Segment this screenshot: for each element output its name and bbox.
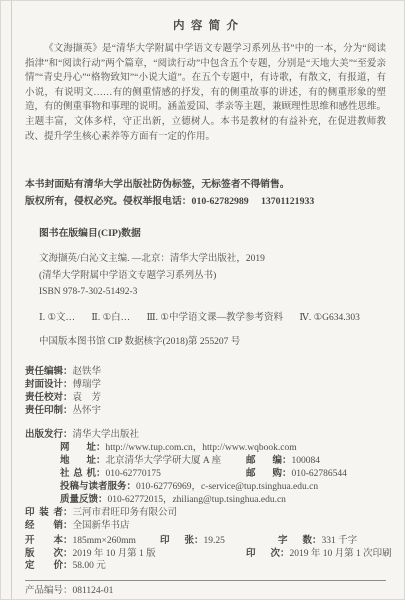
cip-class-3: Ⅲ. ①中学语文课—教学参考资料 xyxy=(147,313,283,323)
zipcode-group: 邮编：100084 xyxy=(246,455,320,468)
sheets-group: 印张：19.25 xyxy=(160,535,225,548)
colon: ： xyxy=(96,443,106,453)
cip-classification: Ⅰ. ①文… Ⅱ. ①白… Ⅲ. ①中学语文课—教学参考资料 Ⅳ. ①G634.… xyxy=(39,309,386,323)
colon: ： xyxy=(98,495,108,505)
staff-label: 责任编辑 xyxy=(25,366,63,379)
staff-value: 袁 芳 xyxy=(73,393,102,403)
staff-value: 傅瑞学 xyxy=(73,380,102,390)
staff-label: 责任印制 xyxy=(25,405,63,418)
reader-service-label: 投稿与读者服务 xyxy=(60,482,127,492)
cip-block: 图书在版编目(CIP)数据 文海撷英/白沁文主编. —北京：清华大学出版社，20… xyxy=(25,225,386,347)
publisher-label: 出版发行 xyxy=(25,429,63,442)
quality-feedback-value: 010-62772015，zhiliang@tup.tsinghua.edu.c… xyxy=(108,495,286,505)
cip-registry: 中国版本图书馆 CIP 数据核字(2018)第 255207 号 xyxy=(39,333,386,347)
colon: ： xyxy=(127,482,137,492)
wordcount-label: 字数 xyxy=(278,535,312,548)
printer-value: 三河市君旺印务有限公司 xyxy=(73,508,178,518)
format-value: 185mm×260mm xyxy=(73,536,136,546)
switchboard-value: 010-62770175 xyxy=(106,469,161,479)
cip-class-2: Ⅱ. ①白… xyxy=(91,313,130,323)
cip-heading: 图书在版编目(CIP)数据 xyxy=(39,225,386,239)
staff-value: 赵铁华 xyxy=(73,367,102,377)
impression-value: 2019 年 10 月第 1 次印刷 xyxy=(290,549,392,559)
sheets-value: 19.25 xyxy=(204,536,225,546)
staff-row-proofreader: 责任校对：袁 芳 xyxy=(25,392,386,405)
colon: ： xyxy=(63,521,73,531)
colon: ： xyxy=(63,367,73,377)
colon: ： xyxy=(96,469,106,479)
colon: ： xyxy=(63,380,73,390)
distributor-row: 经销：全国新华书店 xyxy=(25,520,386,533)
colon: ： xyxy=(63,586,73,596)
edition-row: 版次：2019 年 10 月第 1 版 印次：2019 年 10 月第 1 次印… xyxy=(25,548,386,561)
cip-book-line: 文海撷英/白沁文主编. —北京：清华大学出版社，2019 xyxy=(39,251,386,267)
colon: ： xyxy=(63,536,73,546)
website-row: 网址：http://www.tup.com.cn，http://www.wqbo… xyxy=(60,442,386,455)
staff-row-print-supervisor: 责任印制：丛怀宇 xyxy=(25,405,386,418)
staff-row-editor: 责任编辑：赵铁华 xyxy=(25,366,386,379)
zipcode-value: 100084 xyxy=(292,456,321,466)
colon: ： xyxy=(282,456,292,466)
edition-label: 版次 xyxy=(25,548,63,561)
intro-paragraph: 《文海撷英》是“清华大学附属中学语文专题学习系列丛书”中的一本，分为“阅读指津”… xyxy=(25,42,386,144)
distributor-value: 全国新华书店 xyxy=(73,521,130,531)
cip-body: 文海撷英/白沁文主编. —北京：清华大学出版社，2019 (清华大学附属中学语文… xyxy=(39,251,386,300)
format-label: 开本 xyxy=(25,535,63,548)
piracy-notice: 本书封面贴有清华大学出版社防伪标签，无标签者不得销售。 版权所有，侵权必究。侵权… xyxy=(25,176,386,210)
switchboard-row: 社总机：010-62770175 邮购：010-62786544 xyxy=(60,468,386,481)
cip-class-4: Ⅳ. ①G634.303 xyxy=(299,313,360,323)
colon: ： xyxy=(96,456,106,466)
format-row: 开本：185mm×260mm 印张：19.25 字数：331 千字 xyxy=(25,535,386,548)
product-number-row: 产品编号：081124-01 xyxy=(25,585,386,598)
sheets-label: 印张 xyxy=(160,535,194,548)
colon: ： xyxy=(63,393,73,403)
colon: ： xyxy=(63,430,73,440)
colon: ： xyxy=(194,536,204,546)
staff-label: 封面设计 xyxy=(25,379,63,392)
distributor-label: 经销 xyxy=(25,520,63,533)
mailorder-value: 010-62786544 xyxy=(292,469,347,479)
cip-isbn: ISBN 978-7-302-51492-3 xyxy=(39,284,386,300)
copyright-page: 内容简介 《文海撷英》是“清华大学附属中学语文专题学习系列丛书”中的一本，分为“… xyxy=(0,0,405,600)
staff-list: 责任编辑：赵铁华 封面设计：傅瑞学 责任校对：袁 芳 责任印制：丛怀宇 xyxy=(25,366,386,418)
mailorder-group: 邮购：010-62786544 xyxy=(246,468,347,481)
publisher-value: 清华大学出版社 xyxy=(73,430,140,440)
cip-series-line: (清华大学附属中学语文专题学习系列丛书) xyxy=(39,268,386,284)
impression-label: 印次 xyxy=(246,548,280,561)
colon: ： xyxy=(282,469,292,479)
price-value: 58.00 元 xyxy=(73,561,106,571)
notice-line-1: 本书封面贴有清华大学出版社防伪标签，无标签者不得销售。 xyxy=(25,176,386,193)
colon: ： xyxy=(280,549,290,559)
wordcount-value: 331 千字 xyxy=(322,536,358,546)
switchboard-label: 社总机 xyxy=(60,468,96,481)
product-number-label: 产品编号 xyxy=(25,586,63,596)
address-value: 北京清华大学学研大厦 A 座 xyxy=(106,456,222,466)
colon: ： xyxy=(63,406,73,416)
reader-service-row: 投稿与读者服务：010-62776969，c-service@tup.tsing… xyxy=(60,481,386,494)
quality-feedback-row: 质量反馈：010-62772015，zhiliang@tup.tsinghua.… xyxy=(60,494,386,507)
website-label: 网址 xyxy=(60,442,96,455)
colon: ： xyxy=(63,508,73,518)
colon: ： xyxy=(63,549,73,559)
publisher-row: 出版发行：清华大学出版社 xyxy=(25,429,386,442)
staff-value: 丛怀宇 xyxy=(73,406,102,416)
price-label: 定价 xyxy=(25,560,63,573)
wordcount-group: 字数：331 千字 xyxy=(278,535,357,548)
colon: ： xyxy=(312,536,322,546)
mailorder-label: 邮购 xyxy=(246,468,282,481)
footer-divider xyxy=(25,580,386,581)
address-row: 地址：北京清华大学学研大厦 A 座 邮编：100084 xyxy=(60,455,386,468)
address-label: 地址 xyxy=(60,455,96,468)
product-number-value: 081124-01 xyxy=(73,586,114,596)
printer-label: 印装者 xyxy=(25,507,63,520)
page-content: 内容简介 《文海撷英》是“清华大学附属中学语文专题学习系列丛书”中的一本，分为“… xyxy=(1,1,404,599)
zipcode-label: 邮编 xyxy=(246,455,282,468)
price-row: 定价：58.00 元 xyxy=(25,560,386,573)
staff-row-cover-design: 封面设计：傅瑞学 xyxy=(25,379,386,392)
publisher-block: 出版发行：清华大学出版社 网址：http://www.tup.com.cn，ht… xyxy=(25,429,386,533)
notice-line-2: 版权所有，侵权必究。侵权举报电话：010-62782989 1370112193… xyxy=(25,193,386,210)
quality-feedback-label: 质量反馈 xyxy=(60,495,98,505)
reader-service-value: 010-62776969，c-service@tup.tsinghua.edu.… xyxy=(136,482,318,492)
edition-value: 2019 年 10 月第 1 版 xyxy=(73,549,156,559)
intro-heading: 内容简介 xyxy=(25,17,386,33)
colon: ： xyxy=(63,561,73,571)
staff-label: 责任校对 xyxy=(25,392,63,405)
cip-class-1: Ⅰ. ①文… xyxy=(39,313,75,323)
impression-group: 印次：2019 年 10 月第 1 次印刷 xyxy=(246,548,392,561)
website-value: http://www.tup.com.cn，http://www.wqbook.… xyxy=(106,443,297,453)
printer-row: 印装者：三河市君旺印务有限公司 xyxy=(25,507,386,520)
specs-block: 开本：185mm×260mm 印张：19.25 字数：331 千字 版次：201… xyxy=(25,535,386,573)
